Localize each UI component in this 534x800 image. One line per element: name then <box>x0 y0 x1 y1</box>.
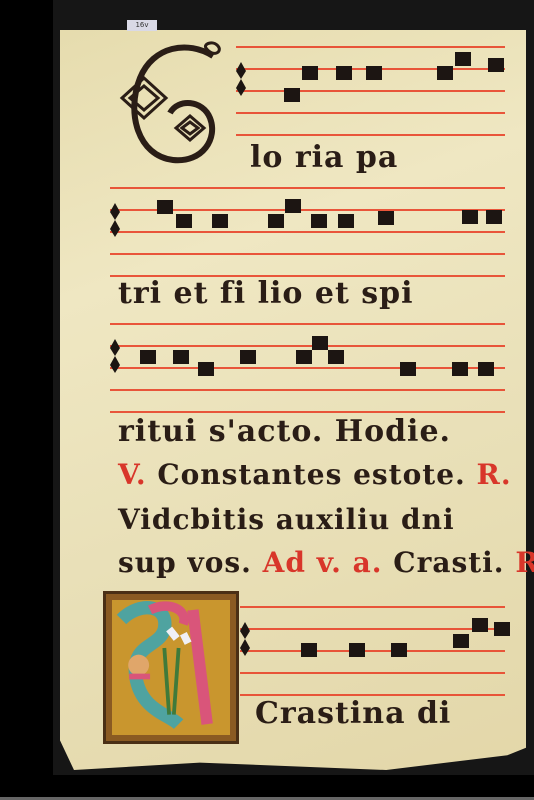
staff-line <box>236 134 505 136</box>
staff-line <box>236 112 505 114</box>
staff-line <box>110 411 505 413</box>
staff-line <box>236 90 505 92</box>
lyric-line-5: Crastina di <box>255 696 451 731</box>
staff-line <box>110 345 505 347</box>
staff-line <box>110 367 505 369</box>
neume-note <box>198 362 214 376</box>
illuminated-initial-c <box>103 591 239 744</box>
neume-note <box>349 643 365 657</box>
staff-line <box>110 389 505 391</box>
neume-note <box>240 350 256 364</box>
neume-note <box>157 200 173 214</box>
lyric-line-4: Vidcbitis auxiliu dni <box>118 503 455 536</box>
neume-note <box>391 643 407 657</box>
clef-icon <box>236 62 246 96</box>
music-staff-3 <box>110 323 505 413</box>
rubric-text: Crasti. <box>393 546 515 579</box>
neume-note <box>462 210 478 224</box>
neume-note <box>176 214 192 228</box>
staff-line <box>240 606 505 608</box>
neume-note <box>472 618 488 632</box>
neume-note <box>311 214 327 228</box>
clef-icon <box>110 339 120 373</box>
music-staff-4 <box>240 606 505 696</box>
rubric-line-1: V. Constantes estote. R. <box>118 458 512 491</box>
neume-note <box>284 88 300 102</box>
neume-note <box>400 362 416 376</box>
clef-icon <box>240 622 250 656</box>
neume-note <box>378 211 394 225</box>
staff-line <box>110 323 505 325</box>
folio-label: 16v <box>127 20 157 31</box>
neume-note <box>453 634 469 648</box>
neume-note <box>296 350 312 364</box>
neume-note <box>478 362 494 376</box>
neume-note <box>301 643 317 657</box>
response-mark: R. <box>477 458 512 491</box>
staff-line <box>240 628 505 630</box>
neume-note <box>328 350 344 364</box>
neume-note <box>285 199 301 213</box>
neume-note <box>488 58 504 72</box>
neume-note <box>173 350 189 364</box>
rubric-text: Constantes estote. <box>157 458 476 491</box>
neume-note <box>336 66 352 80</box>
neume-note <box>452 362 468 376</box>
lyric-line-3: ritui s'acto. Hodie. <box>118 414 451 449</box>
staff-line <box>110 231 505 233</box>
neume-note <box>338 214 354 228</box>
decorated-initial-g <box>118 38 228 168</box>
staff-line <box>240 672 505 674</box>
versicle-mark: V. <box>118 458 157 491</box>
lyric-line-2: tri et fi lio et spi <box>118 276 414 311</box>
lyric-line-1: lo ria pa <box>250 140 398 175</box>
neume-note <box>486 210 502 224</box>
neume-note <box>366 66 382 80</box>
neume-note <box>455 52 471 66</box>
clef-icon <box>110 203 120 237</box>
neume-note <box>312 336 328 350</box>
neume-note <box>302 66 318 80</box>
staff-line <box>240 650 505 652</box>
rubric-line-2: sup vos. Ad v. a. Crasti. R. <box>118 546 534 579</box>
neume-note <box>212 214 228 228</box>
response-mark: R. <box>515 546 534 579</box>
staff-line <box>110 253 505 255</box>
staff-line <box>236 46 505 48</box>
rubric-red: Ad v. a. <box>263 546 394 579</box>
neume-note <box>437 66 453 80</box>
rubric-text: sup vos. <box>118 546 263 579</box>
neume-note <box>268 214 284 228</box>
staff-line <box>110 187 505 189</box>
neume-note <box>494 622 510 636</box>
neume-note <box>140 350 156 364</box>
